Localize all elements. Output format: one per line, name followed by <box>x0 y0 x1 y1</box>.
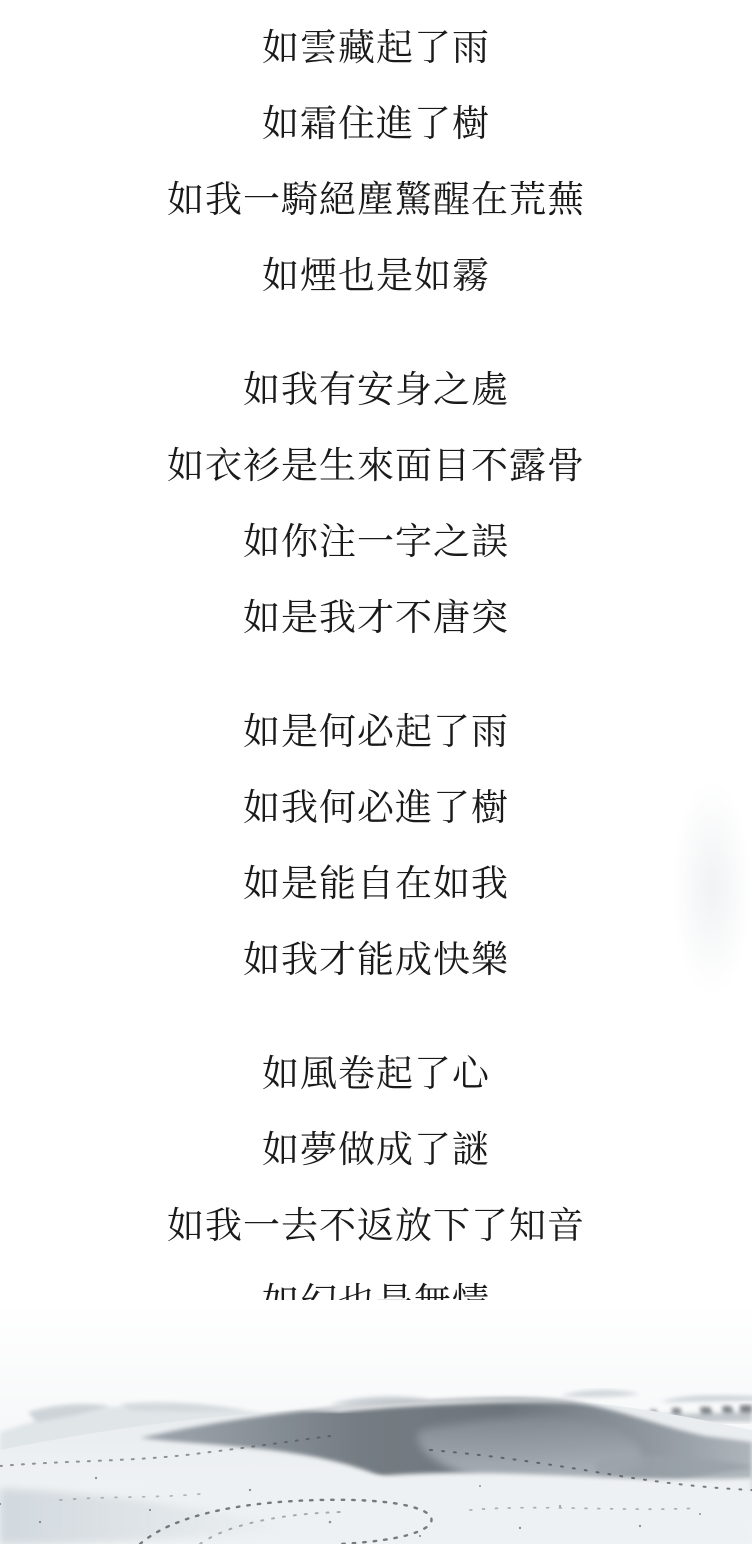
lyric-line: 如我何必進了樹 <box>0 770 752 846</box>
lyric-line: 如煙也是如霧 <box>0 238 752 314</box>
lyric-line: 如是我才不唐突 <box>0 580 752 656</box>
lyric-line: 如我有安身之處 <box>0 352 752 428</box>
lyric-line: 如風卷起了心 <box>0 1036 752 1112</box>
stanza-1: 如雲藏起了雨 如霜住進了樹 如我一騎絕塵驚醒在荒蕪 如煙也是如霧 <box>0 10 752 314</box>
lyric-line: 如是能自在如我 <box>0 846 752 922</box>
lyric-line: 如你注一字之誤 <box>0 504 752 580</box>
desert-dunes-illustration <box>0 1300 752 1544</box>
lyric-line: 如我一騎絕塵驚醒在荒蕪 <box>0 162 752 238</box>
lyric-line: 如我一去不返放下了知音 <box>0 1188 752 1264</box>
lyrics-block: 如雲藏起了雨 如霜住進了樹 如我一騎絕塵驚醒在荒蕪 如煙也是如霧 如我有安身之處… <box>0 0 752 1340</box>
lyric-line: 如霜住進了樹 <box>0 86 752 162</box>
lyric-line: 如雲藏起了雨 <box>0 10 752 86</box>
lyric-line: 如是何必起了雨 <box>0 694 752 770</box>
lyrics-poster: 如雲藏起了雨 如霜住進了樹 如我一騎絕塵驚醒在荒蕪 如煙也是如霧 如我有安身之處… <box>0 0 752 1544</box>
stanza-2: 如我有安身之處 如衣衫是生來面目不露骨 如你注一字之誤 如是我才不唐突 <box>0 352 752 656</box>
stanza-4: 如風卷起了心 如夢做成了謎 如我一去不返放下了知音 如幻也是無情 <box>0 1036 752 1340</box>
lyric-line: 如我才能成快樂 <box>0 922 752 998</box>
lyric-line: 如夢做成了謎 <box>0 1112 752 1188</box>
stanza-3: 如是何必起了雨 如我何必進了樹 如是能自在如我 如我才能成快樂 <box>0 694 752 998</box>
lyric-line: 如衣衫是生來面目不露骨 <box>0 428 752 504</box>
desert-dunes-photo <box>0 1300 752 1544</box>
